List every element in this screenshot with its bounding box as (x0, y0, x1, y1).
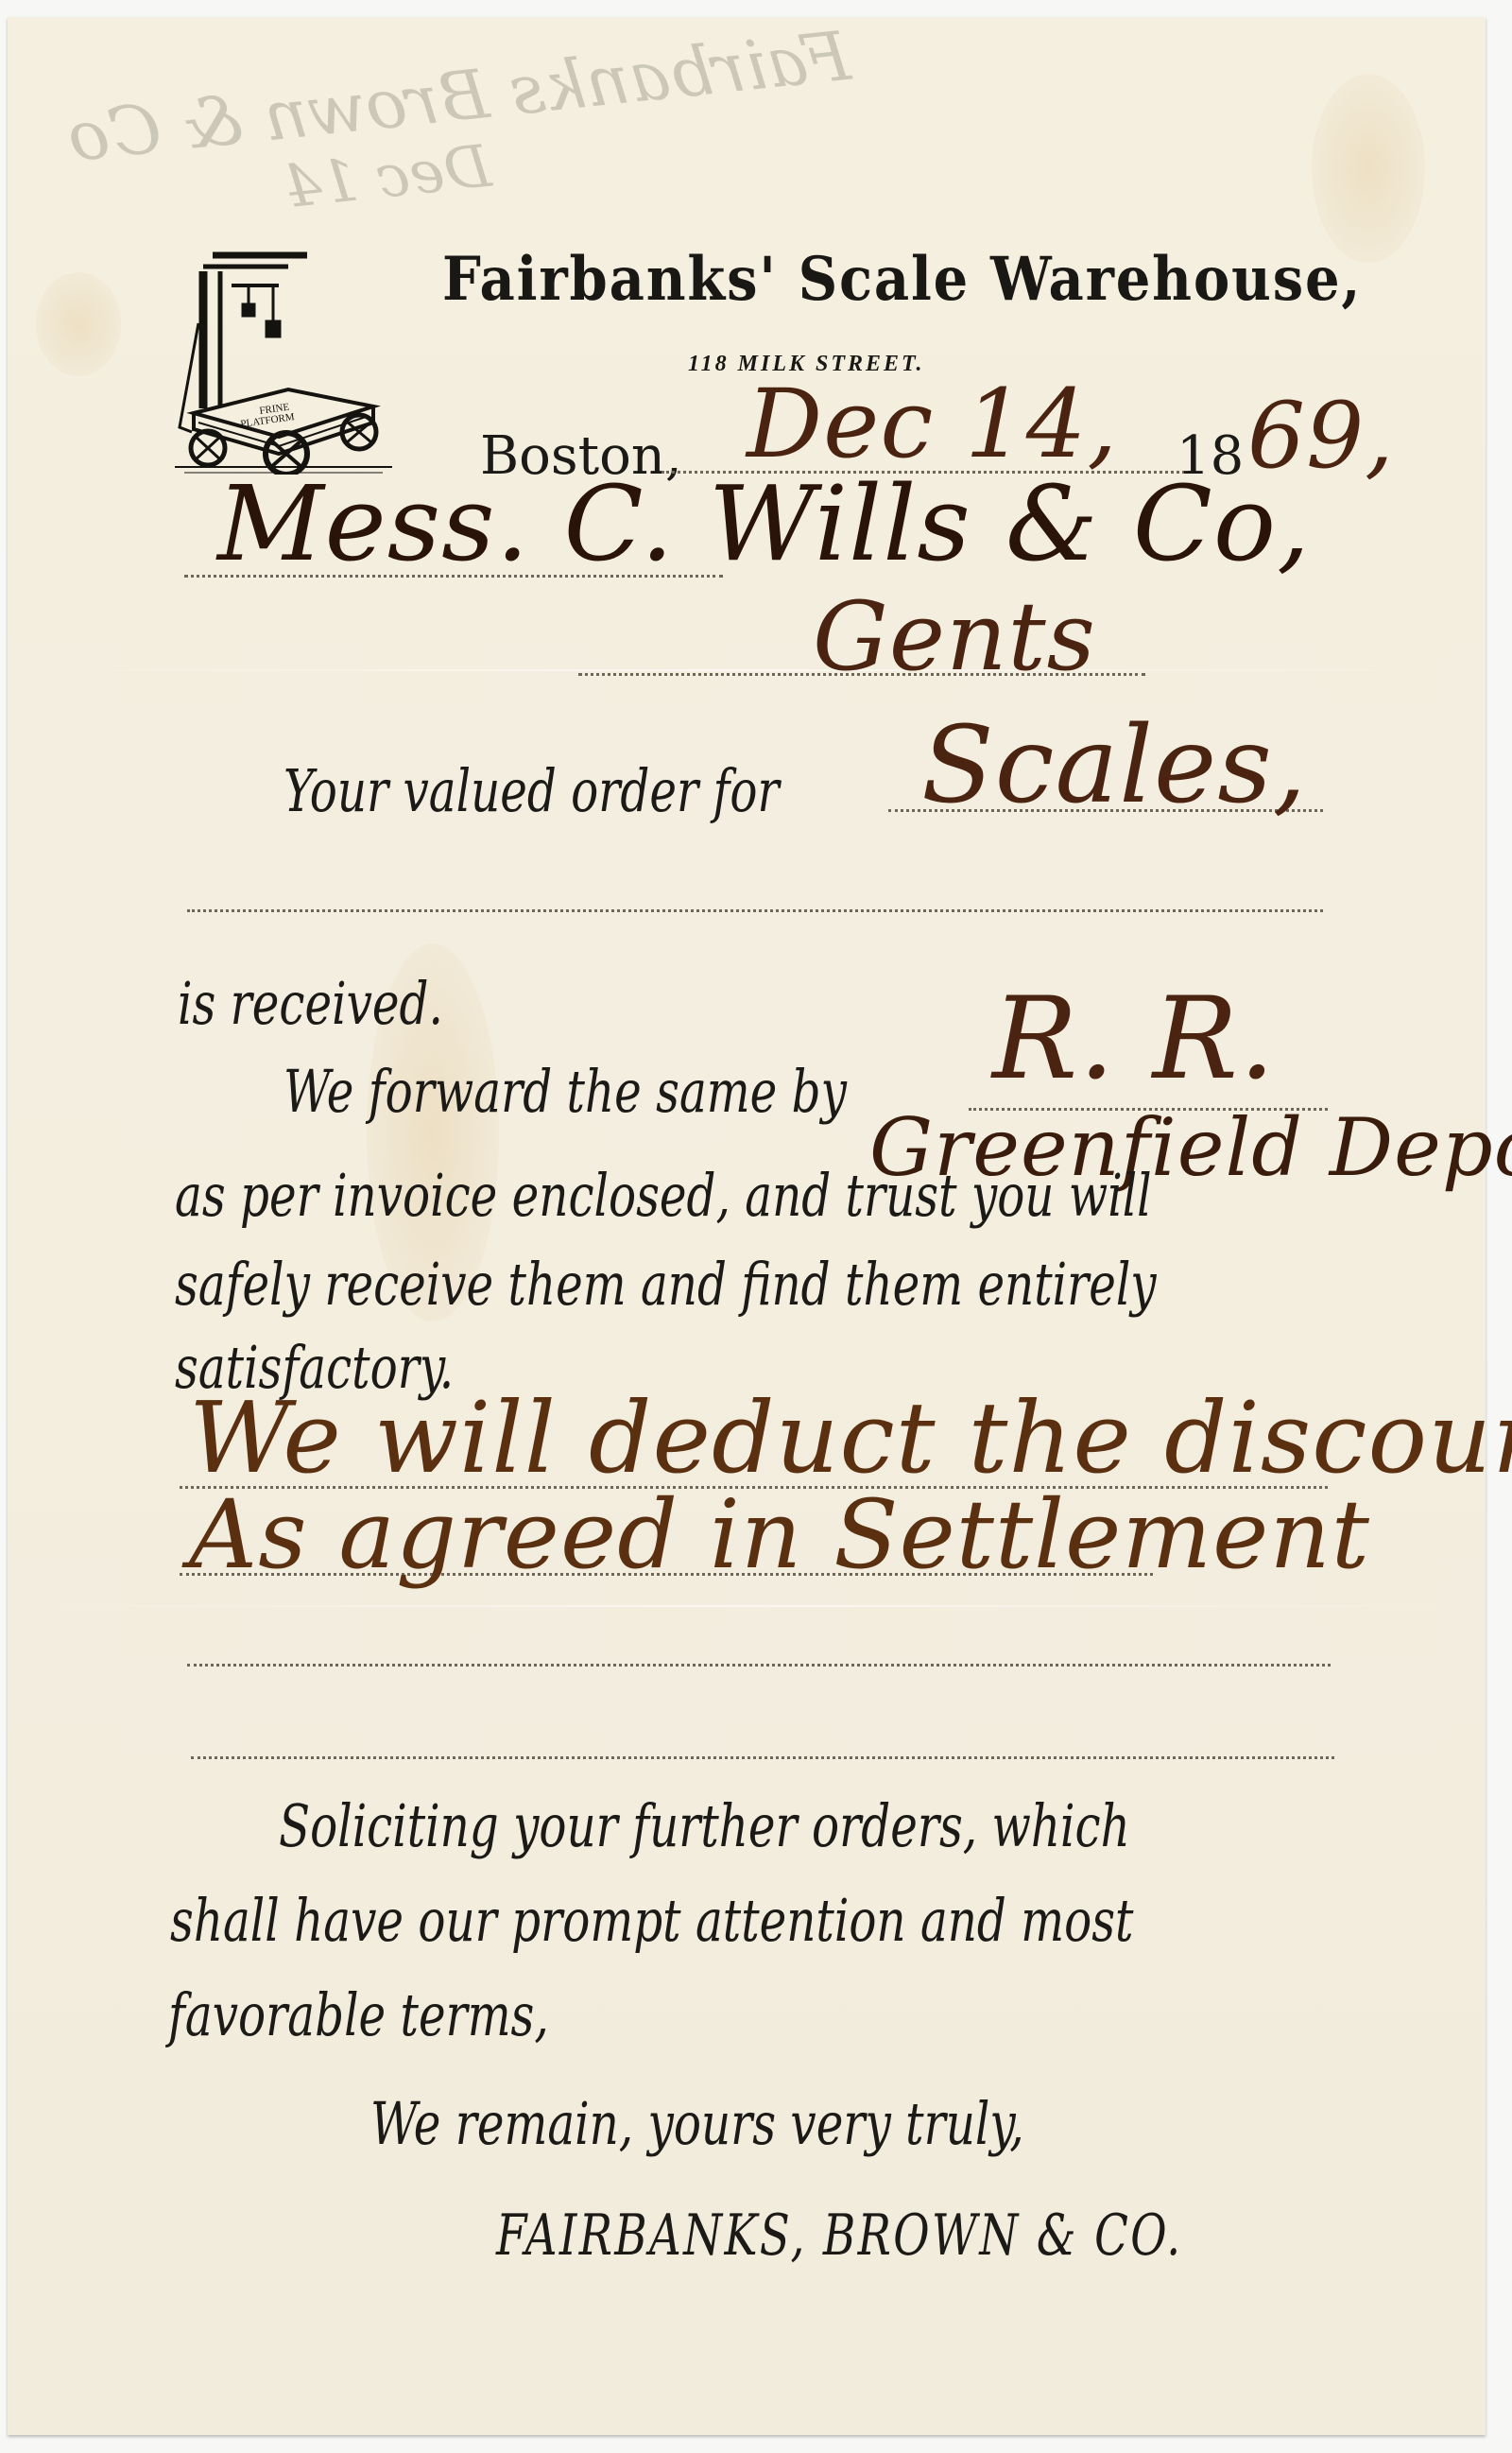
order-item-handwritten: Scales, (921, 704, 1307, 827)
received-text: is received. (178, 969, 443, 1038)
greeting-handwritten: Gents (813, 581, 1096, 692)
fold-crease (8, 669, 1486, 671)
order-continuation-line (187, 909, 1323, 912)
order-label: Your valued order for (283, 756, 780, 825)
signature-company: FAIRBANKS, BROWN & CO. (496, 2203, 1182, 2269)
closing-line-1: Soliciting your further orders, which (279, 1791, 1130, 1860)
closing-line-3: favorable terms, (168, 1980, 549, 2049)
platform-scale-illustration: FRINE PLATFORM (175, 248, 392, 475)
forward-label: We forward the same by (283, 1057, 847, 1126)
closing-line-2: shall have our prompt attention and most (170, 1886, 1133, 1955)
body-line-invoice: as per invoice enclosed, and trust you w… (175, 1161, 1152, 1230)
body-line-safely: safely receive them and find them entire… (175, 1250, 1157, 1319)
paper-stain (36, 272, 121, 376)
note-handwritten-line-1: We will deduct the discount (189, 1380, 1512, 1495)
forward-method-handwritten: R. R. (992, 974, 1276, 1105)
letterhead-title: Fairbanks' Scale Warehouse, (442, 244, 1362, 315)
fold-crease (8, 1605, 1486, 1607)
paper-stain (1312, 74, 1425, 263)
platform-scale-icon: FRINE PLATFORM (175, 248, 392, 475)
valediction: We remain, yours very truly, (370, 2089, 1024, 2158)
blank-line-2 (191, 1756, 1334, 1759)
blank-line-1 (187, 1664, 1331, 1667)
note-handwritten-line-2: As agreed in Settlement (189, 1479, 1370, 1590)
addressee-handwritten: Mess. C. Wills & Co, (217, 463, 1311, 584)
